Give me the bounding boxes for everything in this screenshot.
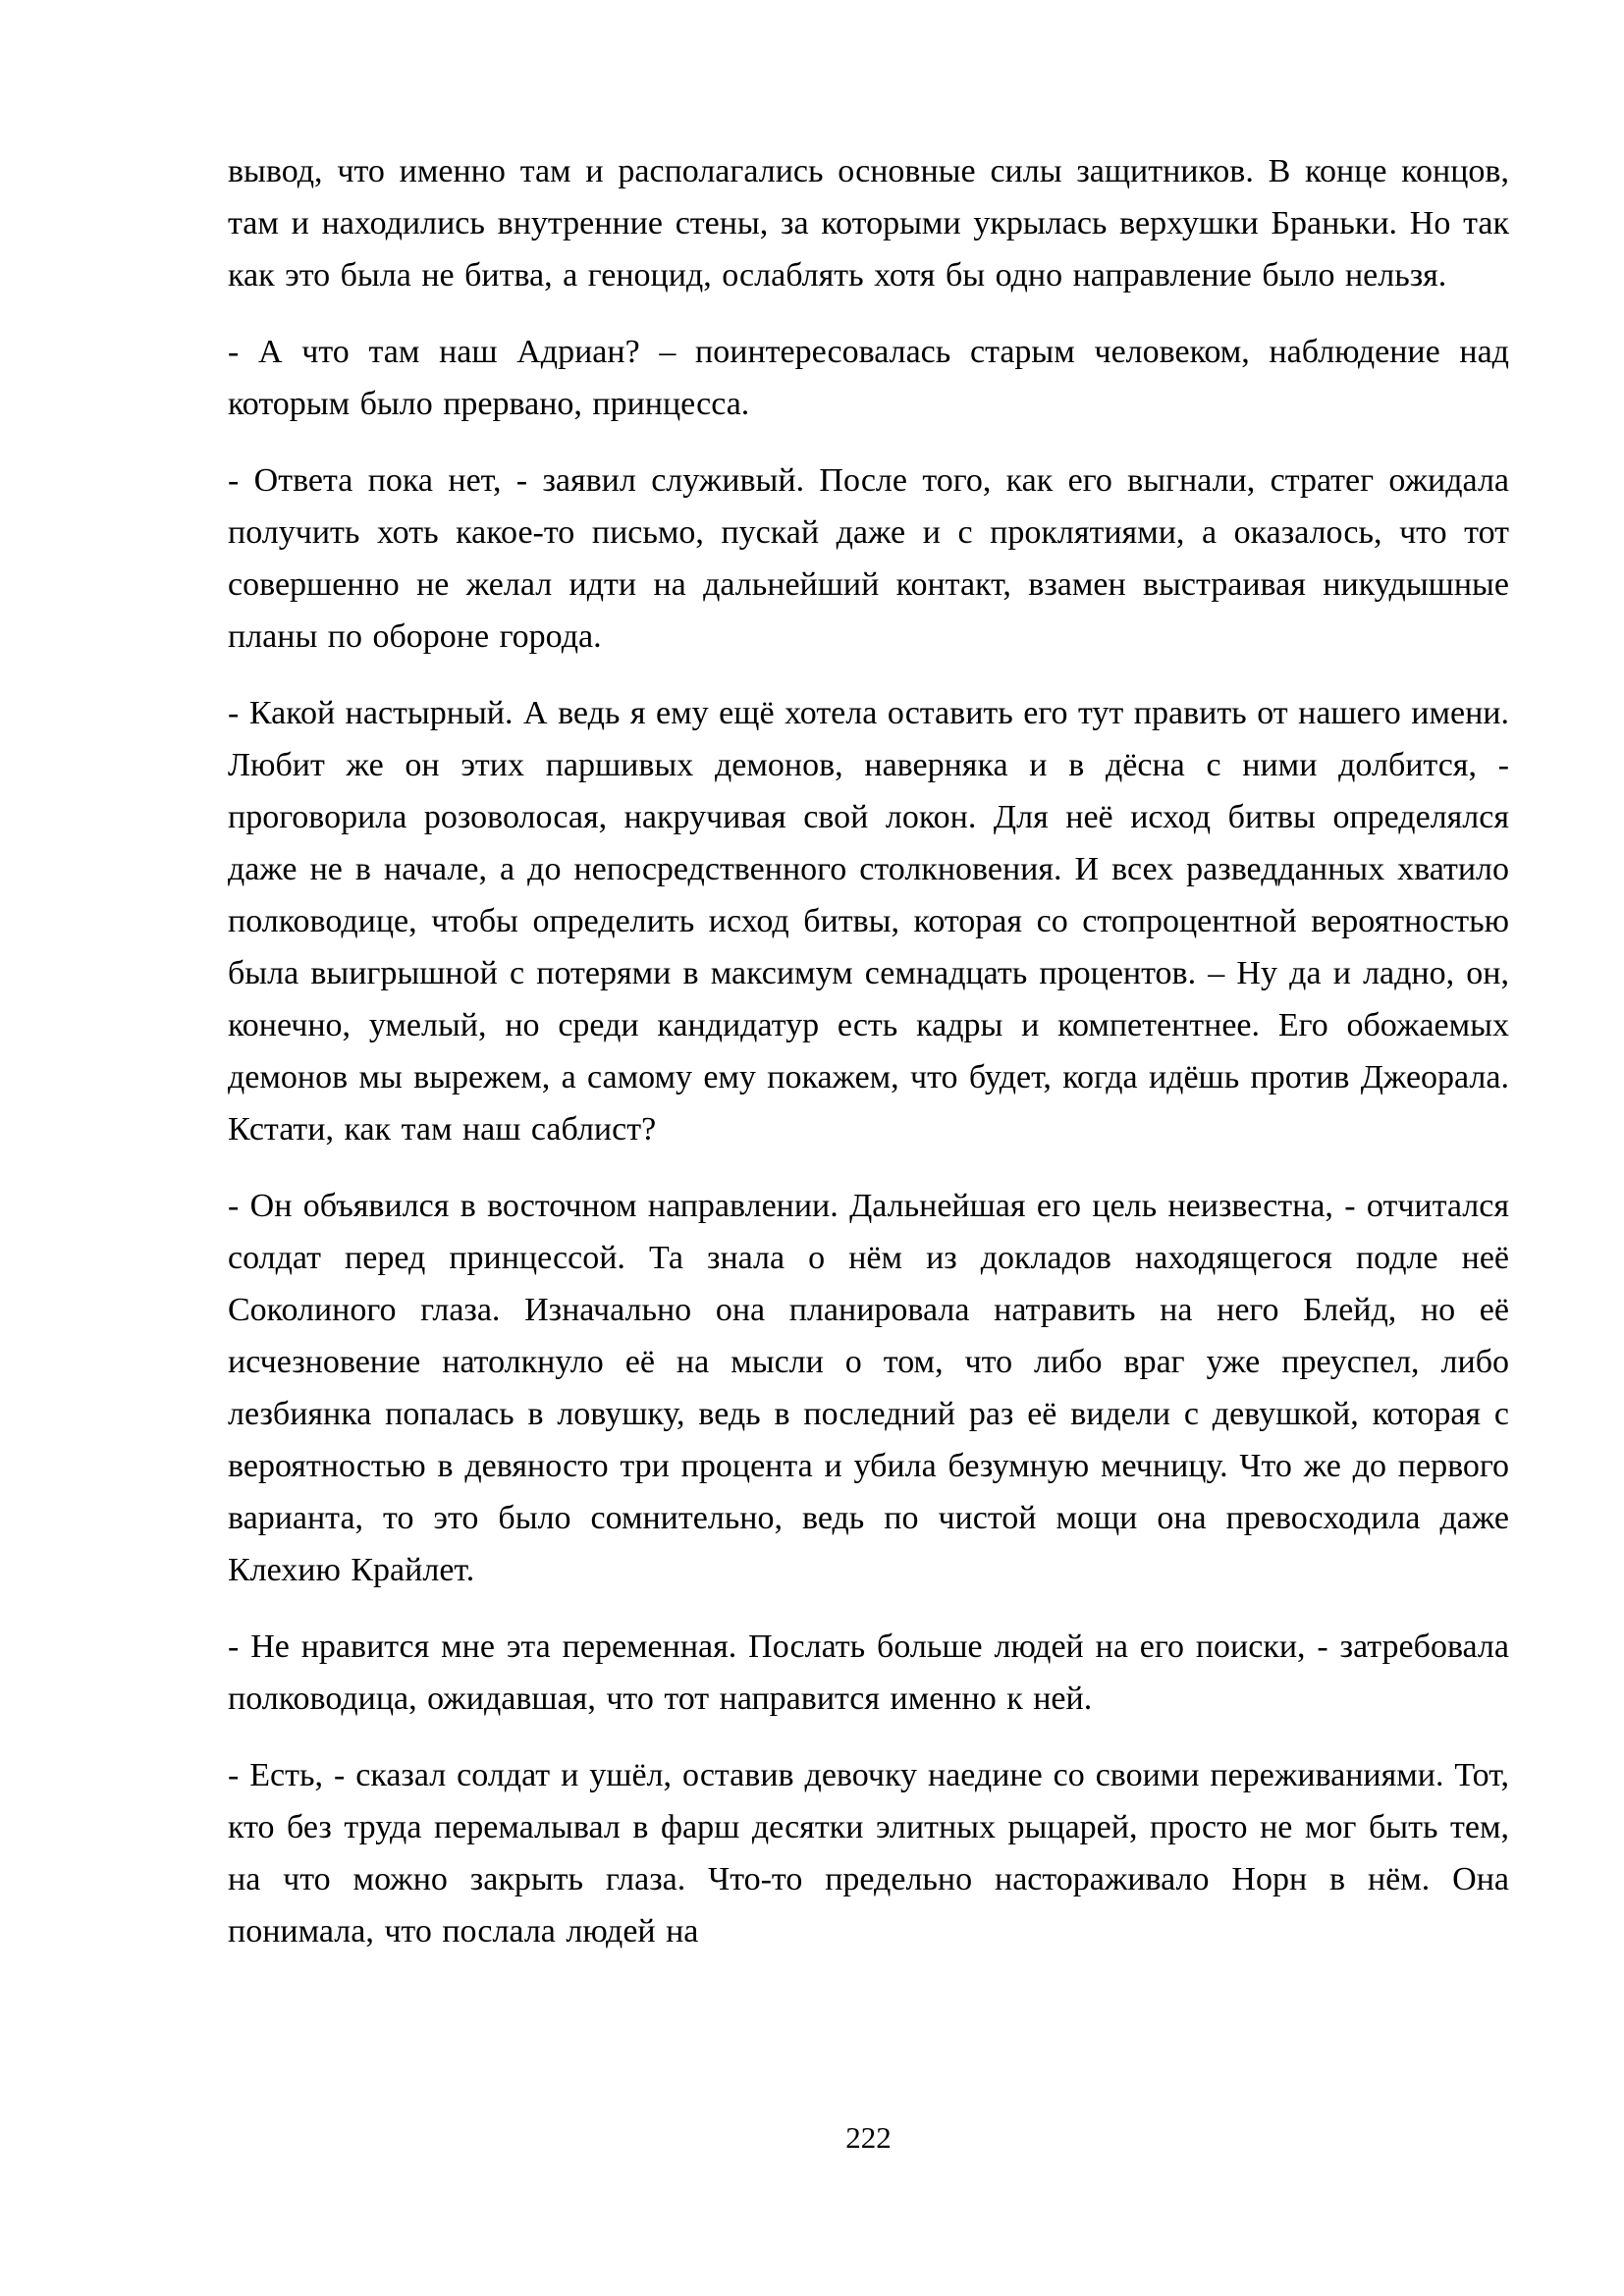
paragraph-6: - Не нравится мне эта переменная. Послат… [228,1621,1509,1725]
paragraph-4: - Какой настырный. А ведь я ему ещё хоте… [228,687,1509,1155]
paragraph-1: вывод, что именно там и располагались ос… [228,145,1509,301]
page-number: 222 [228,2120,1509,2156]
page-text-body: вывод, что именно там и располагались ос… [228,145,1509,1982]
paragraph-3: - Ответа пока нет, - заявил служивый. По… [228,454,1509,663]
paragraph-2: - А что там наш Адриан? – поинтересовала… [228,326,1509,430]
document-page: вывод, что именно там и располагались ос… [0,0,1624,2296]
paragraph-5: - Он объявился в восточном направлении. … [228,1180,1509,1596]
paragraph-7: - Есть, - сказал солдат и ушёл, оставив … [228,1749,1509,1957]
